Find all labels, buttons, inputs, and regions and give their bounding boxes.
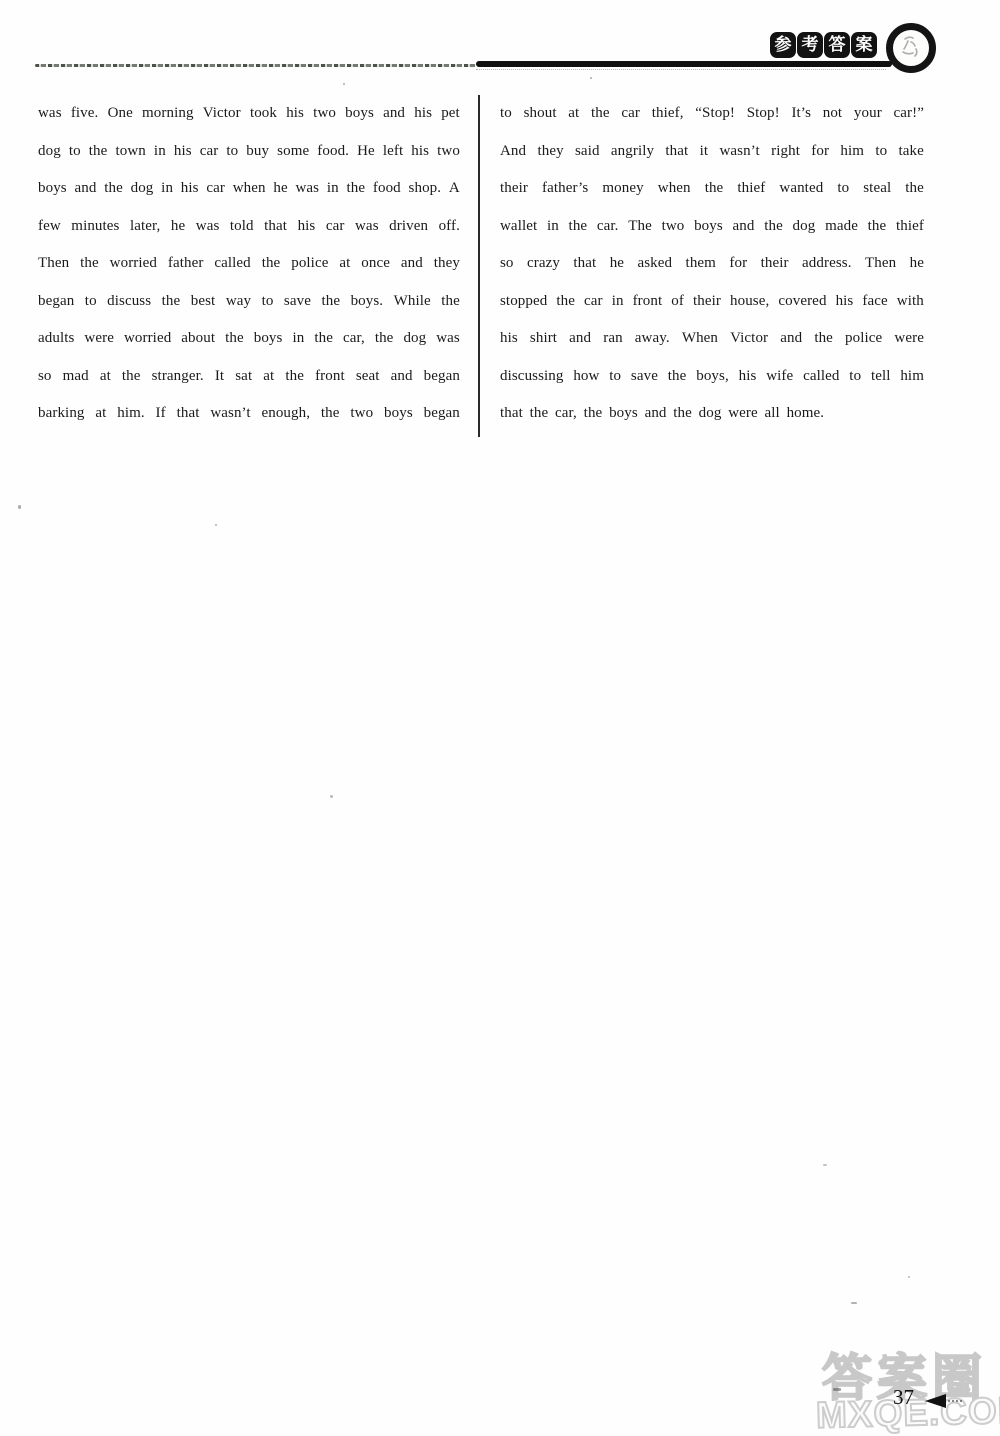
text-line: dogtothetowninhiscartobuysomefood.Heleft… [38, 133, 460, 171]
text-line: begantodiscussthebestwaytosavetheboys.Wh… [38, 283, 460, 321]
scan-speck [823, 1164, 827, 1166]
text-line: walletinthecar.Thetwoboysandthedogmadeth… [500, 208, 924, 246]
text-line: fewminuteslater,hewastoldthathiscarwasdr… [38, 208, 460, 246]
text-line: wasfive.OnemorningVictortookhistwoboysan… [38, 95, 460, 133]
text-line: somadatthestranger.Itsatatthefrontseatan… [38, 358, 460, 396]
text-line: barkingathim.Ifthatwasn’tenough,thetwobo… [38, 395, 460, 433]
title-char-box: 参 [771, 33, 795, 57]
scan-speck [343, 83, 345, 85]
page-back-arrow-tail [948, 1400, 962, 1402]
title-char-box: 考 [798, 33, 822, 57]
column-divider [478, 95, 480, 437]
text-line: Thentheworriedfathercalledthepoliceatonc… [38, 245, 460, 283]
text-line: stoppedthecarinfrontoftheirhouse,covered… [500, 283, 924, 321]
text-line: Andtheysaidangrilythatitwasn’trightforhi… [500, 133, 924, 171]
page-back-arrow-icon [925, 1394, 946, 1408]
page-number: 37 [893, 1385, 914, 1410]
scan-speck [833, 1388, 841, 1391]
scan-speck [908, 1276, 910, 1278]
scan-speck [18, 505, 21, 509]
text-line: boysandthedoginhiscarwhenhewasinthefoods… [38, 170, 460, 208]
scan-speck [215, 524, 217, 526]
title-char-box: 答 [825, 33, 849, 57]
title-char-box: 案 [852, 33, 876, 57]
seal-script-strokes [895, 32, 927, 64]
text-line: socrazythatheaskedthemfortheiraddress.Th… [500, 245, 924, 283]
scan-speck [590, 77, 592, 79]
text-line: thatthecar,theboysandthedogwereallhome. [500, 395, 924, 433]
header-rule-thin [35, 64, 476, 67]
answer-text-left-column: wasfive.OnemorningVictortookhistwoboysan… [38, 95, 460, 433]
seal-stamp-icon [886, 23, 936, 73]
text-line: toshoutatthecarthief,“Stop!Stop!It’snoty… [500, 95, 924, 133]
text-line: discussinghowtosavetheboys,hiswifecalled… [500, 358, 924, 396]
text-line: hisshirtandranaway.WhenVictorandthepolic… [500, 320, 924, 358]
header-rule-thick [476, 61, 892, 67]
text-line: adultswereworriedabouttheboysinthecar,th… [38, 320, 460, 358]
scan-speck [851, 1302, 857, 1304]
text-line: theirfather’smoneywhenthethiefwantedtost… [500, 170, 924, 208]
header-rule-dotted [476, 69, 886, 70]
scan-speck [330, 795, 333, 798]
page-title: 参 考 答 案 [771, 33, 876, 57]
answer-text-right-column: toshoutatthecarthief,“Stop!Stop!It’snoty… [500, 95, 924, 433]
